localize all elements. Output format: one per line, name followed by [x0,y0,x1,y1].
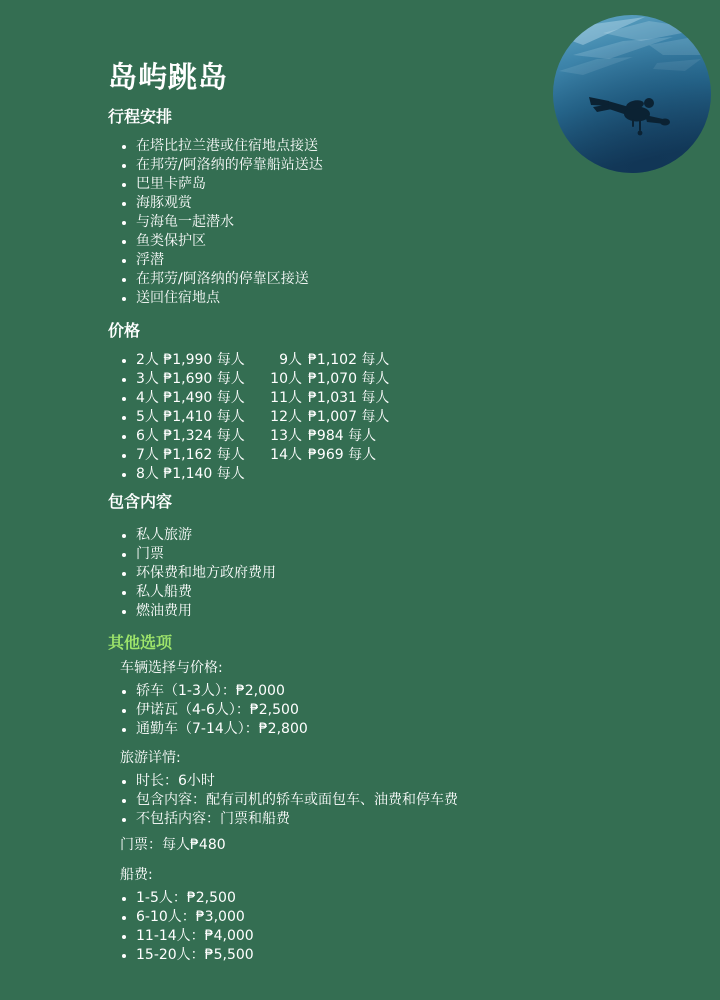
bullet-icon [122,278,126,282]
section-prices: 价格 2人 ₱1,990 每人9人₱1,102 每人 3人 ₱1,690 每人1… [108,321,588,484]
inclusion-item: 门票 [136,545,164,564]
inclusion-item: 环保费和地方政府费用 [136,564,276,583]
price-row: 5人 ₱1,410 每人12人₱1,007 每人 [108,408,588,427]
boat-fees-block: 船费: 1-5人：₱2,500 6-10人：₱3,000 11-14人：₱4,0… [108,866,588,965]
price-right: 13人₱984 每人 [268,427,376,446]
bullet-icon [122,591,126,595]
boat-fee: 6-10人：₱3,000 [136,908,245,927]
itinerary-item: 与海龟一起潜水 [136,213,234,232]
list-item: 不包括内容：门票和船费 [108,810,588,829]
bullet-icon [122,259,126,263]
section-itinerary: 行程安排 在塔比拉兰港或住宿地点接送 在邦劳/阿洛纳的停靠船站送达 巴里卡萨岛 … [108,107,588,308]
vehicle-option: 通勤车（7-14人）：₱2,800 [136,720,308,739]
list-item: 环保费和地方政府费用 [108,564,588,583]
tour-detail: 不包括内容：门票和船费 [136,810,290,829]
boat-fee: 11-14人：₱4,000 [136,927,254,946]
itinerary-item: 在邦劳/阿洛纳的停靠区接送 [136,270,309,289]
boat-fee: 1-5人：₱2,500 [136,889,236,908]
list-item: 在塔比拉兰港或住宿地点接送 [108,137,588,156]
section-other-options: 其他选项 车辆选择与价格: 轿车（1-3人）：₱2,000 伊诺瓦（4-6人）：… [108,633,588,965]
ticket-price-line: 门票：每人₱480 [120,836,588,855]
list-item: 6-10人：₱3,000 [108,908,588,927]
bullet-icon [122,435,126,439]
price-row: 7人 ₱1,162 每人14人₱969 每人 [108,446,588,465]
price-left: 3人 ₱1,690 每人 [136,370,268,389]
vehicle-option: 轿车（1-3人）：₱2,000 [136,682,285,701]
itinerary-item: 海豚观赏 [136,194,192,213]
inclusions-list: 私人旅游 门票 环保费和地方政府费用 私人船费 燃油费用 [108,526,588,621]
bullet-icon [122,690,126,694]
section-inclusions: 包含内容 私人旅游 门票 环保费和地方政府费用 私人船费 燃油费用 [108,492,588,621]
bullet-icon [122,916,126,920]
inclusion-item: 私人船费 [136,583,192,602]
bullet-icon [122,954,126,958]
bullet-icon [122,610,126,614]
list-item: 鱼类保护区 [108,232,588,251]
list-item: 私人船费 [108,583,588,602]
price-row: 4人 ₱1,490 每人11人₱1,031 每人 [108,389,588,408]
itinerary-item: 在邦劳/阿洛纳的停靠船站送达 [136,156,323,175]
inclusion-item: 燃油费用 [136,602,192,621]
price-left: 4人 ₱1,490 每人 [136,389,268,408]
list-item: 1-5人：₱2,500 [108,889,588,908]
price-left: 6人 ₱1,324 每人 [136,427,268,446]
list-item: 燃油费用 [108,602,588,621]
list-item: 浮潜 [108,251,588,270]
bullet-icon [122,359,126,363]
vehicle-options-list: 轿车（1-3人）：₱2,000 伊诺瓦（4-6人）：₱2,500 通勤车（7-1… [108,682,588,739]
price-left: 2人 ₱1,990 每人 [136,351,268,370]
price-row: 8人 ₱1,140 每人 [108,465,588,484]
price-right: 9人₱1,102 每人 [268,351,389,370]
list-item: 送回住宿地点 [108,289,588,308]
bullet-icon [122,935,126,939]
bullet-icon [122,454,126,458]
list-item: 私人旅游 [108,526,588,545]
tour-detail: 时长：6小时 [136,772,215,791]
price-row: 6人 ₱1,324 每人13人₱984 每人 [108,427,588,446]
list-item: 在邦劳/阿洛纳的停靠区接送 [108,270,588,289]
bullet-icon [122,709,126,713]
bullet-icon [122,416,126,420]
list-item: 11-14人：₱4,000 [108,927,588,946]
bullet-icon [122,897,126,901]
boat-fees-list: 1-5人：₱2,500 6-10人：₱3,000 11-14人：₱4,000 1… [108,889,588,965]
list-item: 15-20人：₱5,500 [108,946,588,965]
list-item: 巴里卡萨岛 [108,175,588,194]
boat-fee: 15-20人：₱5,500 [136,946,254,965]
price-right: 10人₱1,070 每人 [268,370,389,389]
vehicle-option: 伊诺瓦（4-6人）：₱2,500 [136,701,299,720]
tour-details-list: 时长：6小时 包含内容：配有司机的轿车或面包车、油费和停车费 不包括内容：门票和… [108,772,588,829]
list-item: 时长：6小时 [108,772,588,791]
price-left: 8人 ₱1,140 每人 [136,465,268,484]
bullet-icon [122,378,126,382]
bullet-icon [122,799,126,803]
bullet-icon [122,202,126,206]
list-item: 轿车（1-3人）：₱2,000 [108,682,588,701]
price-right: 12人₱1,007 每人 [268,408,389,427]
bullet-icon [122,221,126,225]
itinerary-heading: 行程安排 [108,107,588,127]
bullet-icon [122,728,126,732]
list-item: 在邦劳/阿洛纳的停靠船站送达 [108,156,588,175]
bullet-icon [122,164,126,168]
bullet-icon [122,297,126,301]
other-options-heading: 其他选项 [108,633,588,653]
itinerary-item: 在塔比拉兰港或住宿地点接送 [136,137,318,156]
list-item: 通勤车（7-14人）：₱2,800 [108,720,588,739]
vehicle-options-block: 车辆选择与价格: 轿车（1-3人）：₱2,000 伊诺瓦（4-6人）：₱2,50… [108,659,588,739]
prices-heading: 价格 [108,321,588,341]
price-right: 11人₱1,031 每人 [268,389,389,408]
bullet-icon [122,572,126,576]
inclusions-heading: 包含内容 [108,492,588,512]
bullet-icon [122,397,126,401]
bullet-icon [122,534,126,538]
bullet-icon [122,780,126,784]
bullet-icon [122,145,126,149]
itinerary-item: 浮潜 [136,251,164,270]
tour-details-block: 旅游详情: 时长：6小时 包含内容：配有司机的轿车或面包车、油费和停车费 不包括… [108,749,588,829]
tour-details-label: 旅游详情: [120,749,588,768]
tour-detail: 包含内容：配有司机的轿车或面包车、油费和停车费 [136,791,458,810]
price-row: 2人 ₱1,990 每人9人₱1,102 每人 [108,351,588,370]
page-title: 岛屿跳岛 [108,58,228,96]
price-row: 3人 ₱1,690 每人10人₱1,070 每人 [108,370,588,389]
price-right: 14人₱969 每人 [268,446,376,465]
bullet-icon [122,553,126,557]
inclusion-item: 私人旅游 [136,526,192,545]
bullet-icon [122,818,126,822]
page: 岛屿跳岛 行程安排 在塔比拉兰港或住宿地点接送 在邦劳/阿洛纳的停靠船站送达 巴… [0,0,720,1000]
list-item: 包含内容：配有司机的轿车或面包车、油费和停车费 [108,791,588,810]
price-right [268,465,308,484]
boat-fees-label: 船费: [120,866,588,885]
bullet-icon [122,183,126,187]
bullet-icon [122,473,126,477]
itinerary-item: 巴里卡萨岛 [136,175,206,194]
price-left: 7人 ₱1,162 每人 [136,446,268,465]
list-item: 海豚观赏 [108,194,588,213]
price-left: 5人 ₱1,410 每人 [136,408,268,427]
itinerary-list: 在塔比拉兰港或住宿地点接送 在邦劳/阿洛纳的停靠船站送达 巴里卡萨岛 海豚观赏 … [108,137,588,308]
itinerary-item: 鱼类保护区 [136,232,206,251]
itinerary-item: 送回住宿地点 [136,289,220,308]
list-item: 与海龟一起潜水 [108,213,588,232]
vehicle-options-label: 车辆选择与价格: [120,659,588,678]
list-item: 伊诺瓦（4-6人）：₱2,500 [108,701,588,720]
prices-list: 2人 ₱1,990 每人9人₱1,102 每人 3人 ₱1,690 每人10人₱… [108,351,588,484]
list-item: 门票 [108,545,588,564]
bullet-icon [122,240,126,244]
